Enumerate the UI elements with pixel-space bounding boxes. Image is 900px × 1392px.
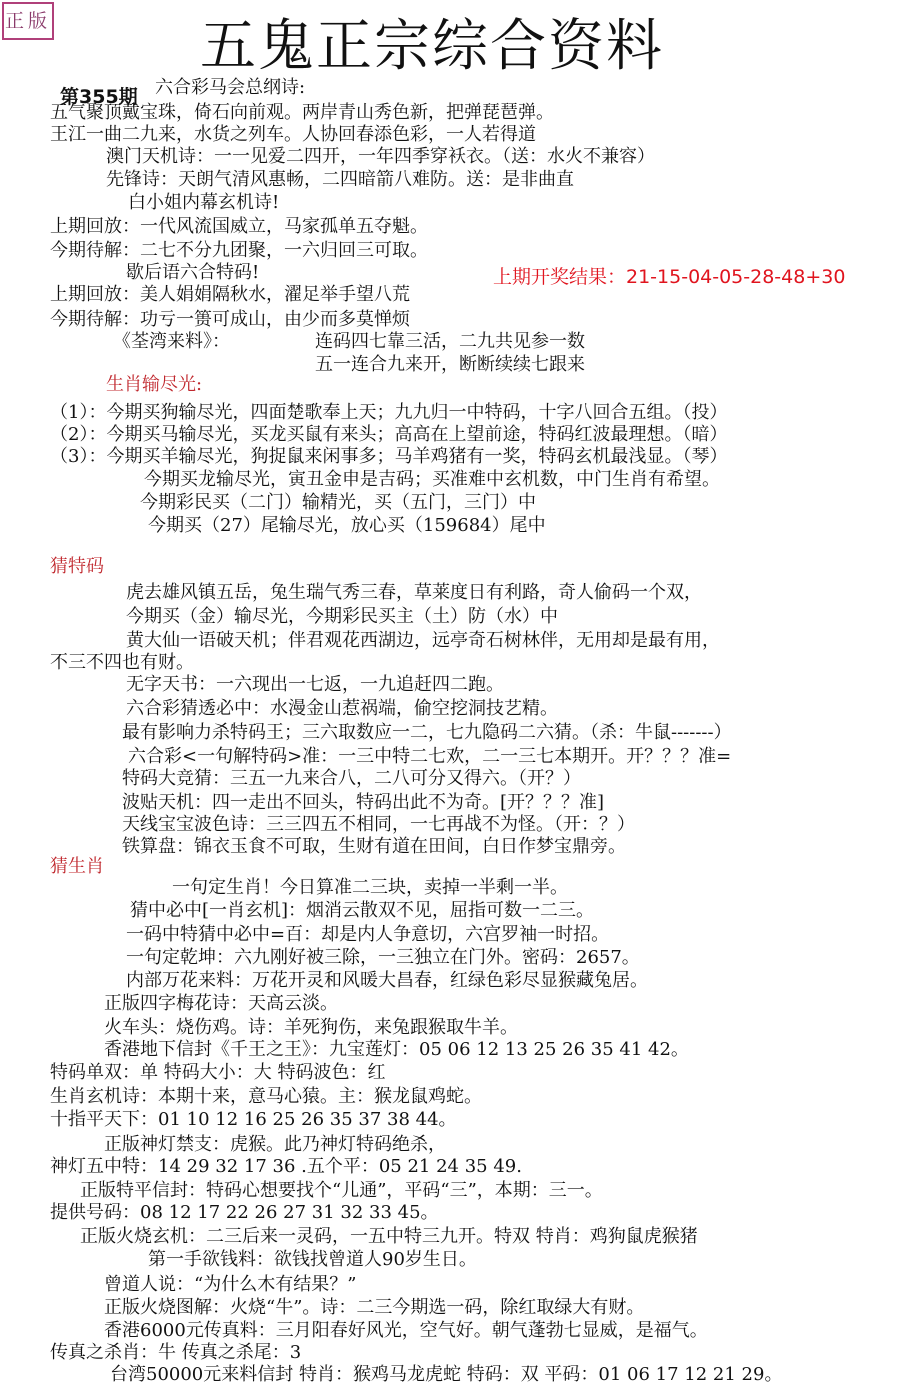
text-line: 黄大仙一语破天机；伴君观花西湖边，远亭奇石树林伴，无用却是最有用， — [126, 630, 720, 652]
text-line: 传真之杀肖：牛 传真之杀尾：3 — [50, 1342, 301, 1364]
text-line: 白小姐内幕玄机诗! — [128, 192, 279, 214]
text-line: 六合彩马会总纲诗: — [155, 77, 305, 99]
text-line: 曾道人说：“为什么木有结果？” — [104, 1274, 356, 1296]
text-line: 上期回放：一代风流国威立，马家孤单五夺魁。 — [50, 216, 428, 238]
section-heading: 猜特码 — [50, 556, 104, 578]
text-line: 最有影响力杀特码王；三六取数应一二，七九隐码二六猜。（杀：牛鼠-------） — [122, 722, 732, 744]
text-line: 生肖玄机诗：本期十来，意马心猿。主：猴龙鼠鸡蛇。 — [50, 1086, 482, 1108]
text-line: 内部万花来料：万花开灵和风暖大昌春，红绿色彩尽显猴藏兔居。 — [126, 970, 648, 992]
text-line: 五一连合九来开，断断续续七跟来 — [315, 354, 585, 376]
text-line: 澳门天机诗：一一见爱二四开，一年四季穿袄衣。（送：水火不兼容） — [106, 146, 655, 168]
text-line: 火车头：烧伤鸡。诗：羊死狗伤，来兔跟猴取牛羊。 — [104, 1017, 518, 1039]
text-line: 正版四字梅花诗：天高云淡。 — [104, 993, 338, 1015]
authentic-badge: 正版 — [2, 2, 54, 40]
text-line: 《荃湾来料》： — [113, 331, 230, 353]
text-line: 无字天书：一六现出一七返，一九追赶四二跑。 — [126, 674, 504, 696]
section-heading: 生肖输尽光: — [106, 374, 202, 396]
text-line: 今期彩民买（二门）输精光，买（五门，三门）中 — [140, 492, 536, 514]
text-line: 今期待解：功亏一篑可成山，由少而多莫惮烦 — [50, 309, 410, 331]
text-line: 今期买（金）输尽光，今期彩民买主（土）防（水）中 — [126, 606, 558, 628]
text-line: （3）：今期买羊输尽光，狗捉鼠来闲事多；马羊鸡猪有一奖，特码玄机最浅显。（琴） — [50, 446, 727, 468]
text-line: 正版特平信封：特码心想要找个“儿通”，平码“三”，本期：三一。 — [80, 1180, 603, 1202]
text-line: 王江一曲二九来，水货之列车。人协回春添色彩，一人若得道 — [50, 124, 536, 146]
text-line: 上期回放：美人娟娟隔秋水，濯足举手望八荒 — [50, 284, 410, 306]
text-line: 六合彩猜透必中：水漫金山惹祸端，偷空挖洞技艺精。 — [126, 698, 558, 720]
text-line: 今期买龙输尽光，寅丑金申是吉码；买准难中玄机数，中门生肖有希望。 — [144, 469, 720, 491]
text-line: 香港6000元传真料：三月阳春好风光，空气好。朝气蓬勃七显威，是福气。 — [104, 1320, 708, 1342]
text-line: 香港地下信封《千王之王》：九宝莲灯：05 06 12 13 25 26 35 4… — [104, 1039, 689, 1061]
text-line: 五气聚顶戴宝珠，倚石向前观。两岸青山秀色新，把弹琵琶弹。 — [50, 102, 554, 124]
text-line: 波贴天机：四一走出不回头，特码出此不为奇。[开？？？准] — [122, 792, 604, 814]
page-title: 五鬼正宗综合资料 — [200, 12, 740, 82]
text-line: 正版神灯禁支：虎猴。此乃神灯特码绝杀， — [104, 1134, 446, 1156]
text-line: 一句定生肖！今日算准二三块，卖掉一半剩一半。 — [172, 877, 568, 899]
text-line: 提供号码：08 12 17 22 26 27 31 32 33 45。 — [50, 1202, 439, 1224]
text-line: （2）：今期买马输尽光，买龙买鼠有来头；高高在上望前途，特码红波最理想。（暗） — [50, 424, 727, 446]
text-line: 特码单双：单 特码大小：大 特码波色：红 — [50, 1062, 385, 1084]
text-line: 今期买（27）尾输尽光，放心买（159684）尾中 — [148, 515, 546, 537]
section-heading: 猜生肖 — [50, 856, 104, 878]
text-line: 特码大竞猜：三五一九来合八，二八可分又得六。（开？） — [122, 768, 581, 790]
text-line: 十指平天下：01 10 12 16 25 26 35 37 38 44。 — [50, 1109, 457, 1131]
text-line: 正版火烧图解：火烧“牛”。诗：二三今期选一码，除红取绿大有财。 — [104, 1297, 644, 1319]
text-line: 六合彩<一句解特码>准：一三中特二七欢，二一三七本期开。开？？？准= — [128, 746, 731, 768]
text-line: 先锋诗：天朗气清风惠畅，二四暗箭八难防。送：是非曲直 — [106, 169, 574, 191]
text-line: 猜中必中[一肖玄机]：烟消云散双不见，屈指可数一二三。 — [130, 900, 594, 922]
text-line: 天线宝宝波色诗：三三四五不相同，一七再战不为怪。（开：？） — [122, 814, 635, 836]
last-draw-result: 上期开奖结果：21-15-04-05-28-48+30 — [493, 262, 845, 289]
text-line: 不三不四也有财。 — [50, 652, 194, 674]
text-line: 一码中特猜中必中=百：却是内人争意切，六宫罗袖一时招。 — [126, 924, 609, 946]
text-line: 一句定乾坤：六九刚好被三除，一三独立在门外。密码：2657。 — [126, 947, 640, 969]
text-line: 连码四七靠三活，二九共见参一数 — [315, 331, 585, 353]
text-line: 台湾50000元来料信封 特肖：猴鸡马龙虎蛇 特码：双 平码：01 06 17 … — [110, 1364, 782, 1386]
text-line: 虎去雄风镇五岳，兔生瑞气秀三春，草莱度日有利路，奇人偷码一个双， — [126, 582, 702, 604]
text-line: 歇后语六合特码! — [126, 262, 259, 284]
text-line: （1）：今期买狗输尽光，四面楚歌奉上天；九九归一中特码，十字八回合五组。（投） — [50, 402, 727, 424]
text-line: 神灯五中特：14 29 32 17 36 .五个平：05 21 24 35 49… — [50, 1156, 522, 1178]
text-line: 第一手欲钱料：欲钱找曾道人90岁生日。 — [148, 1249, 477, 1271]
text-line: 今期待解：二七不分九团聚，一六归回三可取。 — [50, 240, 428, 262]
text-line: 正版火烧玄机：二三后来一灵码，一五中特三九开。特双 特肖：鸡狗鼠虎猴猪 — [80, 1226, 698, 1248]
text-line: 铁算盘：锦衣玉食不可取，生财有道在田间，白日作梦宝鼎旁。 — [122, 836, 626, 858]
